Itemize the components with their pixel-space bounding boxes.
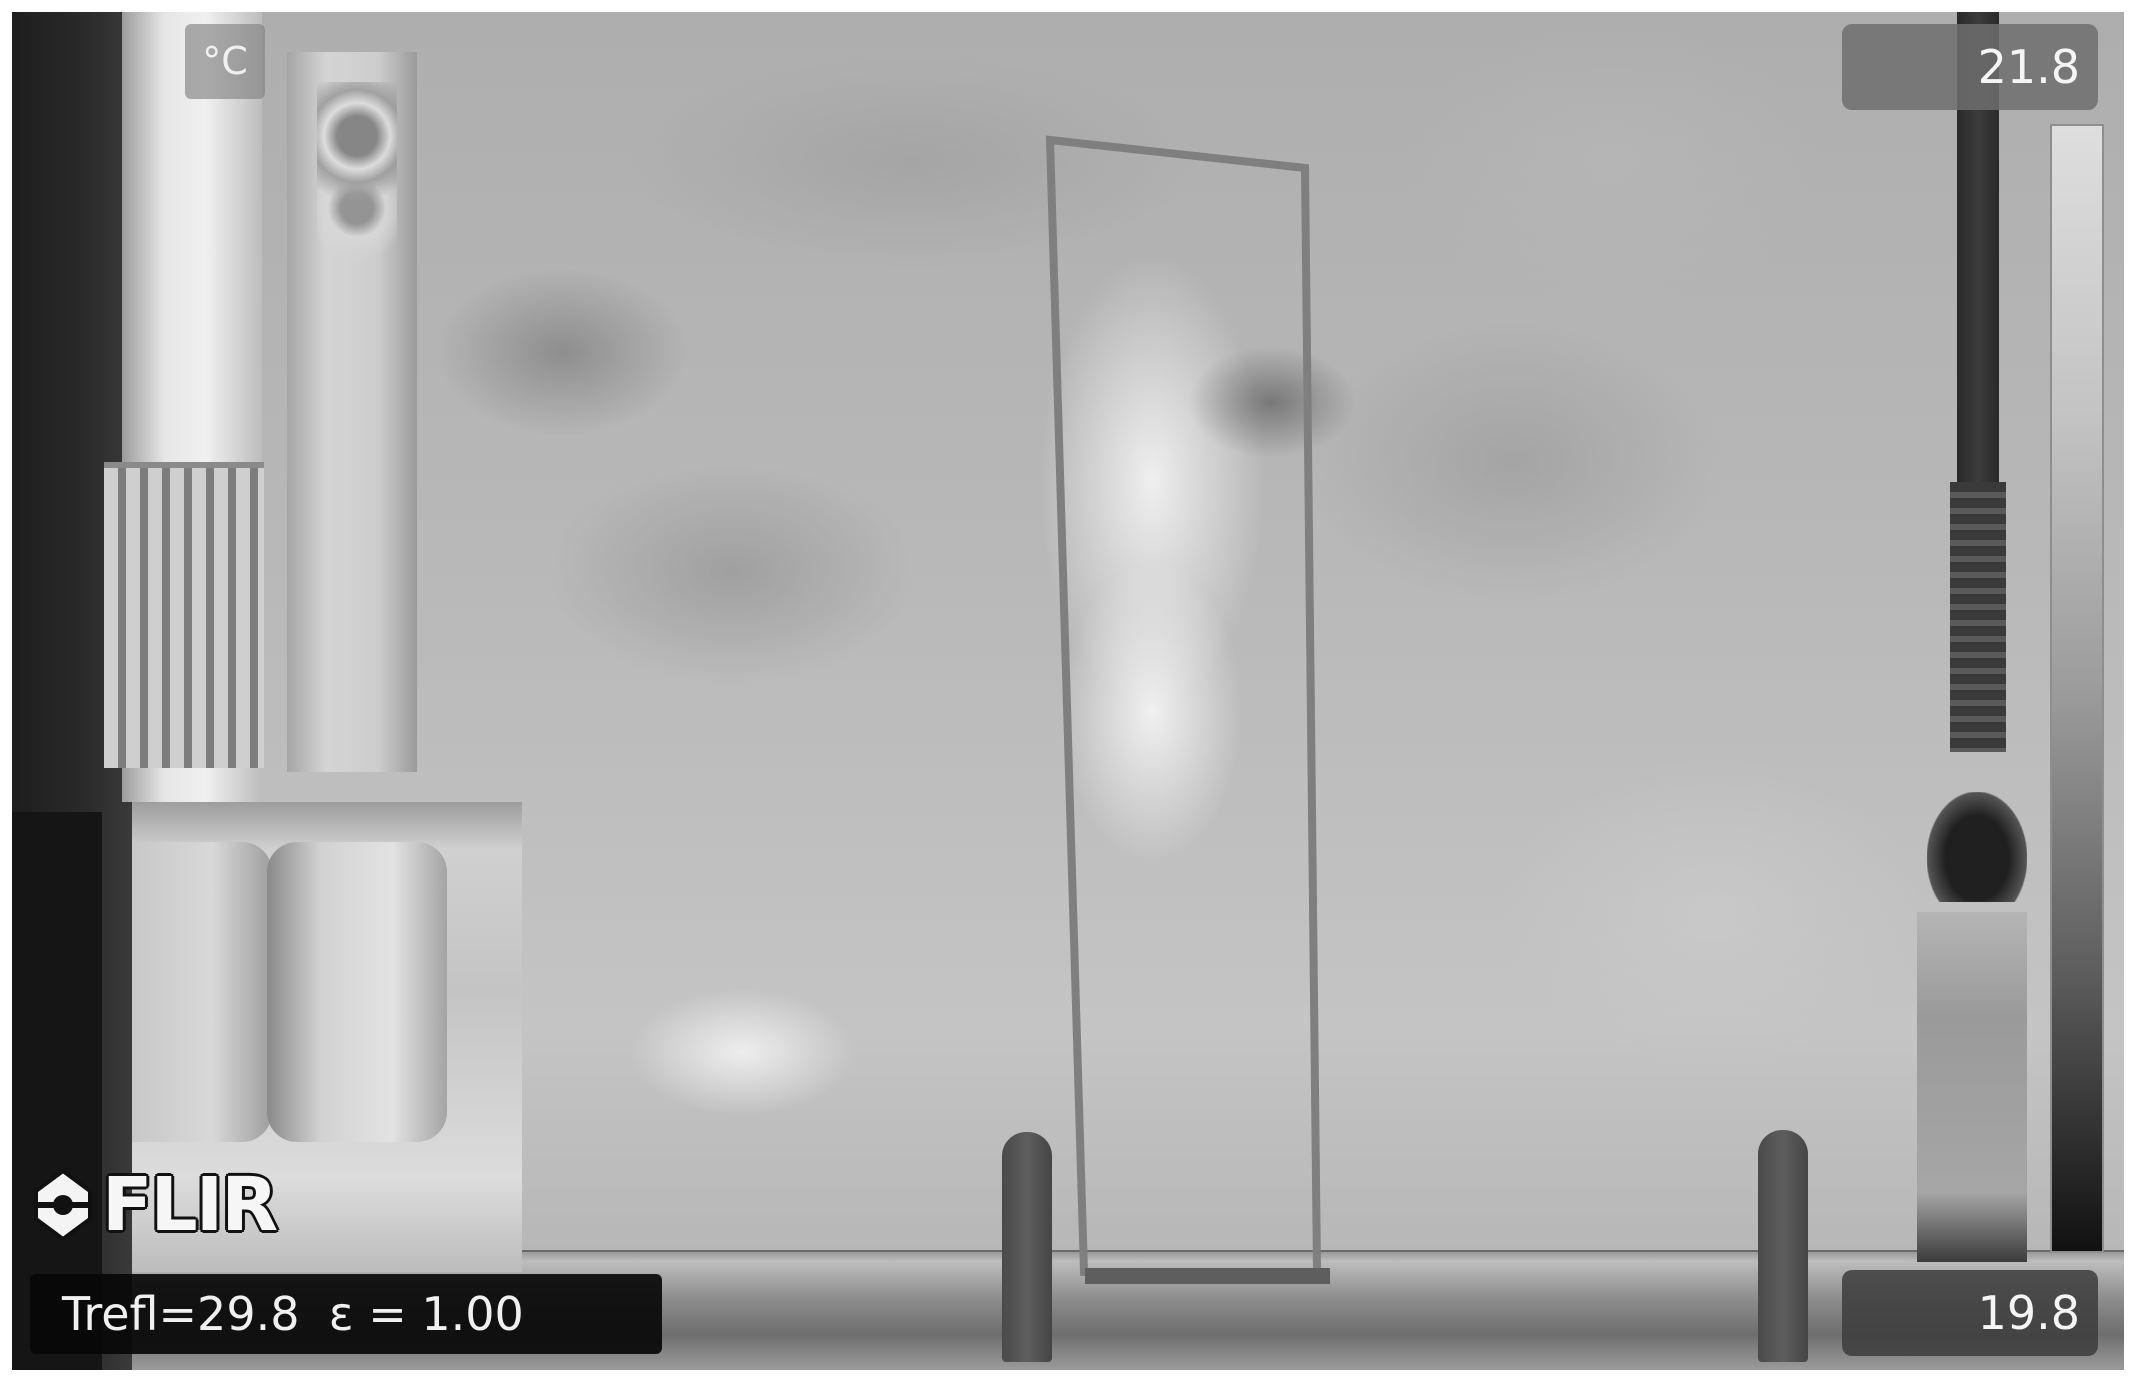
- temperature-scale-bar: [2050, 124, 2104, 1253]
- max-temperature-box: 21.8: [1842, 24, 2098, 110]
- lamp-post-bell: [1927, 792, 2027, 902]
- brand-name: FLIR: [102, 1162, 276, 1248]
- min-temperature-box: 19.8: [1842, 1270, 2098, 1356]
- temperature-unit-label: °C: [185, 24, 265, 99]
- ornament: [317, 82, 397, 262]
- min-temperature-value: 19.8: [1978, 1270, 2080, 1356]
- max-temperature-value: 21.8: [1978, 24, 2080, 110]
- thermal-image: °C 21.8 19.8 FLIR Trefl=29.8 ε = 1.00: [12, 12, 2124, 1370]
- column-flutes: [104, 462, 264, 768]
- flir-logo: FLIR: [32, 1160, 276, 1250]
- lamp-post-base: [1917, 912, 2027, 1262]
- bollard: [1758, 1130, 1808, 1362]
- flir-logo-icon: [32, 1169, 94, 1241]
- lamp-post-decoration: [1950, 482, 2006, 752]
- bollard: [1002, 1132, 1052, 1362]
- plinth-block: [267, 842, 447, 1142]
- measurement-parameters: Trefl=29.8 ε = 1.00: [30, 1274, 662, 1354]
